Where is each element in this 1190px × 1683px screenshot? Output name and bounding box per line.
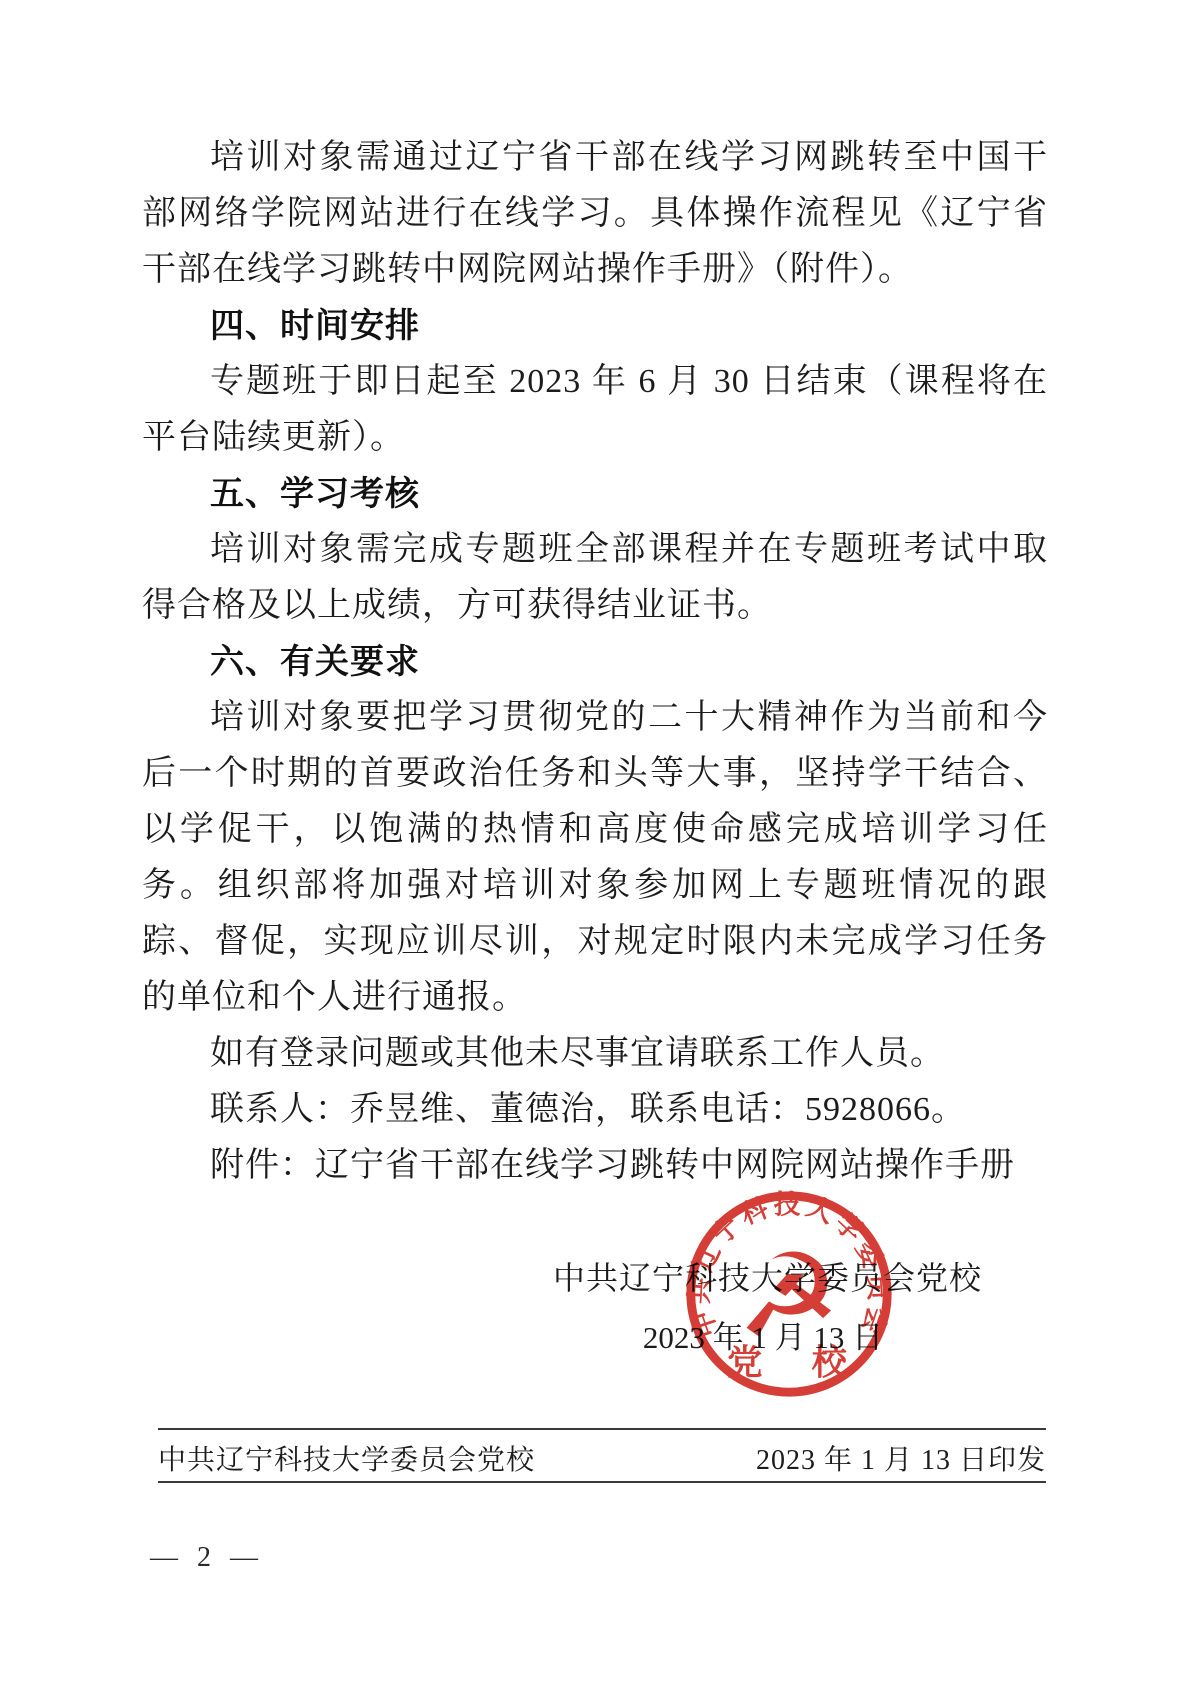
paragraph-time-arrangement: 专题班于即日起至 2023 年 6 月 30 日结束（课程将在平台陆续更新）。	[142, 354, 1048, 466]
footer-print-date: 2023 年 1 月 13 日印发	[756, 1438, 1046, 1478]
document-body: 培训对象需通过辽宁省干部在线学习网跳转至中国干部网络学院网站进行在线学习。具体操…	[142, 130, 1048, 1194]
signature-organization: 中共辽宁科技大学委员会党校	[553, 1256, 973, 1300]
footer-bottom-rule	[158, 1481, 1046, 1483]
signature-date: 2023 年 1 月 13 日	[553, 1316, 973, 1360]
footer-row: 中共辽宁科技大学委员会党校 2023 年 1 月 13 日印发	[158, 1438, 1046, 1478]
heading-requirements: 六、有关要求	[142, 634, 1048, 690]
paragraph-contact-note: 如有登录问题或其他未尽事宜请联系工作人员。	[142, 1026, 1048, 1082]
paragraph-attachment: 附件：辽宁省干部在线学习跳转中网院网站操作手册	[142, 1138, 1048, 1194]
paragraph-contact-info: 联系人：乔昱维、董德治，联系电话：5928066。	[142, 1082, 1048, 1138]
footer-top-rule	[158, 1428, 1046, 1430]
paragraph-study-assessment: 培训对象需完成专题班全部课程并在专题班考试中取得合格及以上成绩，方可获得结业证书…	[142, 522, 1048, 634]
paragraph-requirements: 培训对象要把学习贯彻党的二十大精神作为当前和今后一个时期的首要政治任务和头等大事…	[142, 690, 1048, 1026]
heading-time-arrangement: 四、时间安排	[142, 298, 1048, 354]
document-page: 培训对象需通过辽宁省干部在线学习网跳转至中国干部网络学院网站进行在线学习。具体操…	[0, 0, 1190, 1683]
page-number: — 2 —	[150, 1542, 264, 1574]
footer-issuer: 中共辽宁科技大学委员会党校	[158, 1438, 535, 1478]
paragraph-online-jump: 培训对象需通过辽宁省干部在线学习网跳转至中国干部网络学院网站进行在线学习。具体操…	[142, 130, 1048, 298]
heading-study-assessment: 五、学习考核	[142, 466, 1048, 522]
